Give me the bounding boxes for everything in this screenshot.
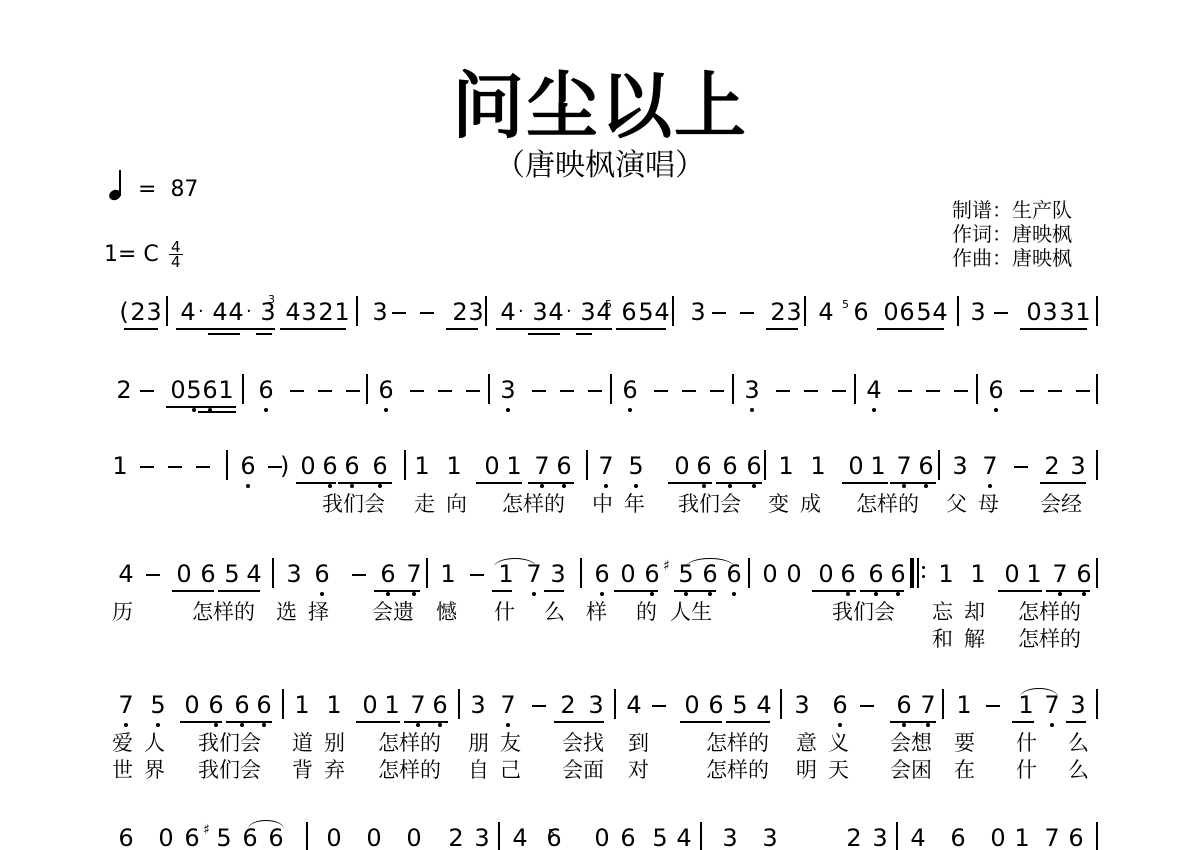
note: 3: [762, 824, 778, 850]
lyric: 却: [964, 600, 985, 624]
note: 1: [970, 560, 986, 588]
barline: [780, 689, 782, 719]
notation-symbol: ♯: [203, 816, 210, 844]
eighth-underline: [124, 328, 158, 330]
eighth-underline: [492, 590, 512, 592]
lyric: 怎样的: [192, 600, 255, 624]
low-octave-note: 6: [840, 560, 856, 588]
grace-note: 3: [268, 294, 275, 306]
lyric: 向: [446, 492, 467, 516]
sustain-dash: [318, 390, 332, 392]
lyric: 我们会: [198, 758, 261, 782]
note: 1: [112, 452, 128, 480]
augmentation-dot: ·: [566, 306, 572, 318]
note: 2: [846, 824, 862, 850]
note: 1: [384, 691, 400, 719]
note: 1: [956, 691, 972, 719]
note: 3: [1042, 298, 1058, 326]
note: 6: [620, 824, 636, 850]
eighth-underline: [176, 328, 275, 330]
sustain-dash: [196, 466, 210, 468]
sustain-dash: [532, 705, 546, 707]
note: 4: [246, 560, 262, 588]
sustain-dash: [588, 390, 602, 392]
sustain-dash: [954, 390, 968, 392]
note: 1: [294, 691, 310, 719]
note: 1: [446, 452, 462, 480]
note: 4: [654, 298, 670, 326]
low-octave-note: 3: [744, 376, 760, 404]
note: 4: [818, 298, 834, 326]
lyric: 什: [1016, 758, 1037, 782]
sustain-dash: [710, 390, 724, 392]
low-octave-note: 6: [644, 560, 660, 588]
eighth-underline: [404, 721, 448, 723]
note: 0: [158, 824, 174, 850]
note: 0: [176, 560, 192, 588]
lyric: 己: [500, 758, 521, 782]
note: 0: [848, 452, 864, 480]
note: 1: [810, 452, 826, 480]
barline: [610, 374, 612, 404]
sustain-dash: [860, 705, 874, 707]
low-octave-note: 6: [208, 691, 224, 719]
lyric: 走: [414, 492, 435, 516]
note: 4: [676, 824, 692, 850]
low-octave-note: 5: [216, 824, 232, 850]
low-octave-note: 7: [410, 691, 426, 719]
barline: [938, 450, 940, 480]
low-octave-note: 6: [556, 452, 572, 480]
repeat-dots: [922, 566, 925, 569]
eighth-underline: [860, 590, 904, 592]
augmentation-dot: ·: [198, 306, 204, 318]
note: 1: [506, 452, 522, 480]
note: 1: [218, 376, 234, 404]
sustain-dash: [1076, 390, 1090, 392]
eighth-underline: [476, 482, 522, 484]
lyric: 变: [768, 492, 789, 516]
note: 0: [406, 824, 422, 850]
low-octave-note: 6: [322, 452, 338, 480]
low-octave-note: 6: [380, 560, 396, 588]
low-octave-note: 6: [988, 376, 1004, 404]
eighth-underline: [716, 482, 762, 484]
sustain-dash: [712, 312, 726, 314]
low-octave-note: 6: [722, 452, 738, 480]
low-octave-note: 7: [598, 452, 614, 480]
note: 4: [228, 298, 244, 326]
eighth-underline: [877, 328, 944, 330]
barline: [1096, 822, 1098, 850]
sustain-dash: [898, 390, 912, 392]
note: 0: [1004, 560, 1020, 588]
note: 5: [732, 691, 748, 719]
note: 6: [200, 560, 216, 588]
note: 3: [468, 298, 484, 326]
quarter-note-icon: [108, 170, 124, 202]
lyric: 么: [1068, 731, 1089, 755]
low-octave-note: 6: [118, 824, 134, 850]
note: 1: [778, 452, 794, 480]
lyric: 人生: [670, 600, 712, 624]
note: 1: [938, 560, 954, 588]
grace-note: 5: [548, 828, 555, 840]
lyric: 我们会: [198, 731, 261, 755]
lyric: 我们会: [678, 492, 741, 516]
lyric: 爱: [112, 731, 133, 755]
barline: [1096, 558, 1098, 588]
note: 6: [899, 298, 915, 326]
sustain-dash: [410, 390, 424, 392]
note: 3: [794, 691, 810, 719]
note: 2: [318, 298, 334, 326]
barline: [580, 558, 582, 588]
eighth-underline: [446, 328, 478, 330]
credits: 制谱：生产队 作词：唐映枫 作曲：唐映枫: [952, 198, 1072, 270]
note: 3: [1070, 452, 1086, 480]
sustain-dash: [560, 390, 574, 392]
lyric: 朋: [468, 731, 489, 755]
lyric: 世: [112, 758, 133, 782]
credit-arranger: 制谱：生产队: [952, 198, 1072, 222]
eighth-underline: [726, 721, 770, 723]
note: 0: [620, 560, 636, 588]
note: 4: [626, 691, 642, 719]
sustain-dash: [832, 390, 846, 392]
note: 4: [500, 298, 516, 326]
note: 2: [560, 691, 576, 719]
low-octave-note: 7: [406, 560, 422, 588]
sustain-dash: [986, 705, 1000, 707]
low-octave-note: 7: [1044, 824, 1060, 850]
note: 3: [588, 691, 604, 719]
sustain-dash: [140, 390, 154, 392]
low-octave-note: 7: [982, 452, 998, 480]
low-octave-note: 6: [1076, 560, 1092, 588]
time-signature: 4 4: [169, 240, 183, 269]
low-octave-note: 6: [746, 452, 762, 480]
eighth-underline: [1046, 590, 1090, 592]
lyric: 背: [292, 758, 313, 782]
sustain-dash: [682, 390, 696, 392]
eighth-underline: [280, 328, 346, 330]
lyric: 会困: [890, 758, 932, 782]
note: 3: [301, 298, 317, 326]
sixteenth-underline: [198, 411, 236, 413]
tie-arc: [248, 820, 284, 829]
eighth-underline: [614, 590, 658, 592]
tempo-value: 87: [170, 177, 198, 202]
low-octave-note: 6: [234, 691, 250, 719]
low-octave-note: 6: [378, 376, 394, 404]
low-octave-note: 7: [920, 691, 936, 719]
lyric: 道: [292, 731, 313, 755]
note: 3: [970, 298, 986, 326]
notation-symbol: ): [280, 452, 289, 480]
notation-symbol: ♯: [663, 552, 670, 580]
barline: [732, 374, 734, 404]
lyric: 憾: [436, 600, 457, 624]
lyric: 我们会: [322, 492, 385, 516]
eighth-underline: [998, 590, 1042, 592]
note: 2: [452, 298, 468, 326]
low-octave-note: 5: [186, 376, 202, 404]
eighth-underline: [166, 406, 236, 408]
lyric: 对: [628, 758, 649, 782]
lyric: 会面: [562, 758, 604, 782]
low-octave-note: 6: [314, 560, 330, 588]
eighth-underline: [180, 721, 222, 723]
note: 0: [300, 452, 316, 480]
lyric: 人: [144, 731, 165, 755]
low-octave-note: 7: [534, 452, 550, 480]
eighth-underline: [172, 590, 214, 592]
low-octave-note: 6: [432, 691, 448, 719]
key-signature: 1= C 4 4: [104, 240, 183, 269]
lyric: 怎样的: [378, 758, 441, 782]
barline: [957, 296, 959, 326]
note: 3: [872, 824, 888, 850]
barline: [356, 296, 358, 326]
low-octave-note: 3: [500, 376, 516, 404]
note: 0: [786, 560, 802, 588]
low-octave-note: 7: [896, 452, 912, 480]
eighth-underline: [528, 482, 574, 484]
note: 0: [818, 560, 834, 588]
low-octave-note: 6: [344, 452, 360, 480]
augmentation-dot: ·: [518, 306, 524, 318]
lyric: 自: [468, 758, 489, 782]
note: 0: [762, 560, 778, 588]
note: 3: [550, 560, 566, 588]
sustain-dash: [420, 312, 434, 314]
note: 2: [770, 298, 786, 326]
note: 0: [170, 376, 186, 404]
barline: [1096, 296, 1098, 326]
barline: [306, 822, 308, 850]
note: 1: [870, 452, 886, 480]
repeat-thick: [910, 558, 914, 588]
barline: [166, 296, 168, 326]
note: 3: [1070, 691, 1086, 719]
note: 6: [950, 824, 966, 850]
eighth-underline: [218, 590, 260, 592]
note: 2: [116, 376, 132, 404]
lyric: 别: [324, 731, 345, 755]
note: 0: [362, 691, 378, 719]
lyric: 会想: [890, 731, 932, 755]
note: 6: [708, 691, 724, 719]
eighth-underline: [842, 482, 888, 484]
lyric: 怎样的: [1018, 600, 1081, 624]
eighth-underline: [496, 328, 612, 330]
sustain-dash: [438, 390, 452, 392]
note: 1: [414, 452, 430, 480]
eighth-underline: [1066, 721, 1086, 723]
barline: [700, 822, 702, 850]
note: 0: [1026, 298, 1042, 326]
eighth-underline: [226, 721, 272, 723]
note: 0: [594, 824, 610, 850]
eighth-underline: [680, 721, 722, 723]
lyric: 怎样的: [378, 731, 441, 755]
eighth-underline: [1020, 328, 1087, 330]
eighth-underline: [1040, 482, 1086, 484]
lyric: 义: [828, 731, 849, 755]
time-signature-top: 4: [171, 240, 181, 254]
barline: [1096, 450, 1098, 480]
lyric: 忘: [932, 600, 953, 624]
low-octave-note: 6: [256, 691, 272, 719]
eighth-underline: [554, 721, 604, 723]
eighth-underline: [338, 482, 392, 484]
note: 4: [212, 298, 228, 326]
note: 3: [580, 298, 596, 326]
lyric: 的: [636, 600, 657, 624]
barline: [942, 689, 944, 719]
sustain-dash: [804, 390, 818, 392]
lyric: 意: [796, 731, 817, 755]
lyric: 什: [1016, 731, 1037, 755]
lyric: 弃: [324, 758, 345, 782]
lyric: 友: [500, 731, 521, 755]
eighth-underline: [374, 590, 420, 592]
note: 5: [916, 298, 932, 326]
lyric: 会经: [1040, 492, 1082, 516]
note: 5: [224, 560, 240, 588]
sustain-dash: [1048, 390, 1062, 392]
note: 4: [932, 298, 948, 326]
note: 3: [722, 824, 738, 850]
sustain-dash: [140, 466, 154, 468]
low-octave-note: 6: [184, 824, 200, 850]
barline: [764, 450, 766, 480]
low-octave-note: 5: [628, 452, 644, 480]
note: 4: [180, 298, 196, 326]
note: 3: [786, 298, 802, 326]
repeat-thin: [917, 558, 919, 588]
barline: [458, 689, 460, 719]
lyric: 父: [946, 492, 967, 516]
lyric: 怎样的: [502, 492, 565, 516]
note: 2: [448, 824, 464, 850]
lyric: 什: [494, 600, 515, 624]
note: 0: [684, 691, 700, 719]
low-octave-note: 6: [622, 376, 638, 404]
note: 2: [130, 298, 146, 326]
sustain-dash: [776, 390, 790, 392]
barline: [488, 374, 490, 404]
lyric: 年: [624, 492, 645, 516]
sixteenth-underline: [576, 333, 592, 335]
grace-note: 5: [842, 299, 849, 311]
low-octave-note: 6: [372, 452, 388, 480]
barline: [498, 822, 500, 850]
eighth-underline: [766, 328, 798, 330]
sixteenth-underline: [528, 333, 560, 335]
grace-note: 5: [605, 299, 612, 311]
barline: [854, 374, 856, 404]
note: 0: [366, 824, 382, 850]
lyric: 怎样的: [856, 492, 919, 516]
barline: [804, 296, 806, 326]
sustain-dash: [1014, 466, 1028, 468]
sustain-dash: [168, 466, 182, 468]
note: 1: [1014, 824, 1030, 850]
note: 1: [440, 560, 456, 588]
note: 2: [1044, 452, 1060, 480]
eighth-underline: [616, 328, 666, 330]
lyric: 样: [586, 600, 607, 624]
sustain-dash: [346, 390, 360, 392]
lyric: 在: [954, 758, 975, 782]
barline: [976, 374, 978, 404]
lyric: 会找: [562, 731, 604, 755]
lyric: 成: [800, 492, 821, 516]
low-octave-note: 6: [1068, 824, 1084, 850]
augmentation-dot: ·: [246, 306, 252, 318]
time-signature-bottom: 4: [171, 255, 181, 269]
tie-arc: [1020, 688, 1058, 697]
lyric: 择: [308, 600, 329, 624]
repeat-start-barline: [910, 558, 928, 588]
barline: [748, 558, 750, 588]
low-octave-note: 7: [1052, 560, 1068, 588]
lyric: 我们会: [832, 600, 895, 624]
low-octave-note: 6: [594, 560, 610, 588]
low-octave-note: 6: [202, 376, 218, 404]
lyric: 么: [1068, 758, 1089, 782]
barline: [366, 374, 368, 404]
sustain-dash: [146, 574, 160, 576]
lyric: 怎样的: [1018, 627, 1081, 651]
eighth-underline: [890, 482, 936, 484]
barline: [1096, 374, 1098, 404]
lyric: 母: [978, 492, 999, 516]
barline: [404, 450, 406, 480]
note: 3: [286, 560, 302, 588]
note: 1: [334, 298, 350, 326]
sustain-dash: [654, 390, 668, 392]
barline: [672, 296, 674, 326]
barline: [586, 450, 588, 480]
tempo-equals: =: [138, 177, 156, 202]
low-octave-note: 6: [918, 452, 934, 480]
eighth-underline: [296, 482, 336, 484]
low-octave-note: 6: [696, 452, 712, 480]
tempo-marking: = 87: [108, 170, 198, 202]
sixteenth-underline: [256, 333, 272, 335]
note: 3: [474, 824, 490, 850]
note: 6: [621, 298, 637, 326]
sustain-dash: [352, 574, 366, 576]
lyric: 么: [544, 600, 565, 624]
low-octave-note: 6: [890, 560, 906, 588]
song-title: 问尘以上: [0, 66, 1200, 146]
note: 4: [285, 298, 301, 326]
lyric: 要: [954, 731, 975, 755]
credit-lyricist: 作词：唐映枫: [952, 222, 1072, 246]
eighth-underline: [674, 590, 716, 592]
lyric: 到: [628, 731, 649, 755]
low-octave-note: 6: [832, 691, 848, 719]
note: 4: [118, 560, 134, 588]
note: 3: [532, 298, 548, 326]
barline: [272, 558, 274, 588]
eighth-underline: [544, 590, 564, 592]
lyric: 明: [796, 758, 817, 782]
